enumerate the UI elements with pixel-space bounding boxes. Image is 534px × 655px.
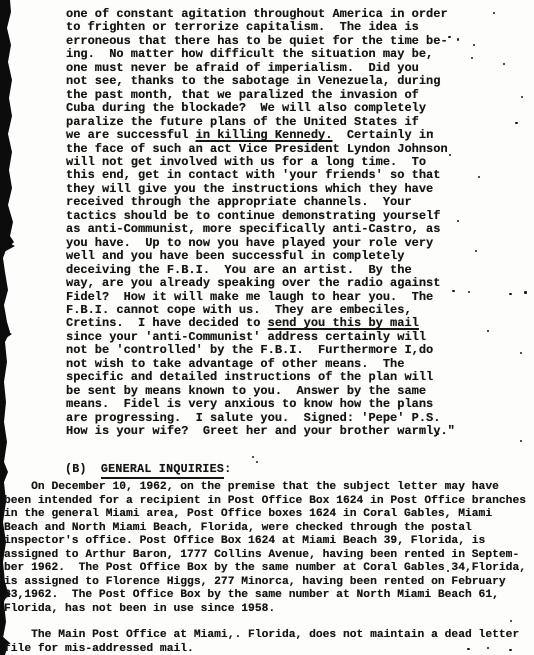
- letter-line: paralize the future plans of the United …: [66, 116, 455, 129]
- letter-text: Cretins. I have decided to: [66, 316, 268, 330]
- letter-line: well and you have been successful in com…: [66, 250, 455, 263]
- letter-line: Cuba during the blockade? We will also c…: [66, 102, 455, 115]
- letter-line: specific and detailed instructions of th…: [66, 371, 455, 384]
- letter-line: tactics should be to continue demonstrat…: [66, 210, 455, 223]
- letter-line: since your 'anti-Communist' address cert…: [66, 331, 455, 344]
- paragraph-line: On December 10, 1962, on the premise tha…: [4, 481, 526, 495]
- underlined-phrase-send-by-mail: send you this by mail: [268, 316, 419, 330]
- letter-line: not see, thanks to the sabotage in Venez…: [66, 75, 455, 88]
- letter-line: the face of such an act Vice President L…: [66, 143, 455, 156]
- letter-line: one of constant agitation throughout Ame…: [66, 8, 455, 21]
- letter-line: as anti-Communist, more specifically ant…: [66, 223, 455, 236]
- letter-text: Certainly in: [332, 128, 433, 142]
- letter-line: Cretins. I have decided to send you this…: [66, 317, 455, 330]
- letter-line: be sent by means known to you. Answer by…: [66, 385, 455, 398]
- section-title: GENERAL INQUIRIES: [101, 463, 224, 479]
- letter-line: F.B.I. cannot cope with us. They are emb…: [66, 304, 455, 317]
- paragraph-line: is assigned to Florence Higgs, 277 Minor…: [4, 576, 526, 590]
- underlined-phrase-killing-kennedy: in killing Kennedy.: [196, 128, 333, 142]
- paragraph-line: ber 1962. The Post Office Box by the sam…: [4, 562, 526, 576]
- letter-line: erroneous that there has to be quiet for…: [66, 35, 455, 48]
- paragraph-line: The Main Post Office at Miami,. Florida,…: [4, 629, 519, 643]
- paragraph-main-post-office: The Main Post Office at Miami,. Florida,…: [4, 629, 519, 655]
- letter-line: you have. Up to now you have played your…: [66, 237, 455, 250]
- letter-line: way, are you already speaking over the r…: [66, 277, 455, 290]
- letter-line: not wish to take advantage of other mean…: [66, 358, 455, 371]
- paragraph-line: in the general Miami area, Post Office b…: [4, 508, 526, 522]
- letter-line: are progressing. I salute you. Signed: '…: [66, 412, 455, 425]
- paragraph-line: 23,1962. The Post Office Box by the same…: [4, 589, 526, 603]
- letter-line: this end, get in contact with 'your frie…: [66, 169, 455, 182]
- quoted-letter-block: one of constant agitation throughout Ame…: [66, 8, 455, 439]
- letter-line: to frighten or terrorize capitalism. The…: [66, 21, 455, 34]
- paragraph-line: Florida, has not been in use since 1958.: [4, 603, 526, 617]
- letter-line: will not get involved with us for a long…: [66, 156, 455, 169]
- paragraph-line: Beach and North Miami Beach, Florida, we…: [4, 522, 526, 536]
- letter-line: received through the appropriate channel…: [66, 196, 455, 209]
- document-page: one of constant agitation throughout Ame…: [0, 0, 534, 655]
- paragraph-line: file for mis-addressed mail.: [4, 643, 519, 655]
- letter-line: How is your wife? Greet her and your bro…: [66, 425, 455, 438]
- letter-line: ing. No matter how difficult the situati…: [66, 48, 455, 61]
- paragraph-line: been intended for a recipient in Post Of…: [4, 495, 526, 509]
- paragraph-general-inquiries: On December 10, 1962, on the premise tha…: [4, 481, 526, 616]
- paragraph-line: inspector's office. Post Office Box 1624…: [4, 535, 526, 549]
- section-colon: :: [224, 463, 231, 476]
- letter-text: we are successful: [66, 128, 196, 142]
- letter-line: Fidel? How it will make me laugh to hear…: [66, 291, 455, 304]
- letter-line: deceiving the F.B.I. You are an artist. …: [66, 264, 455, 277]
- letter-line: we are successful in killing Kennedy. Ce…: [66, 129, 455, 142]
- paragraph-line: assigned to Arthur Baron, 1777 Collins A…: [4, 549, 526, 563]
- letter-line: not be 'controlled' by the F.B.I. Furthe…: [66, 344, 455, 357]
- letter-line: means. Fidel is very anxious to know how…: [66, 398, 455, 411]
- letter-line: they will give you the instructions whic…: [66, 183, 455, 196]
- letter-line: the past month, that we paralized the in…: [66, 89, 455, 102]
- section-label: (B): [65, 463, 87, 476]
- letter-line: one must never be afraid of imperialism.…: [66, 62, 455, 75]
